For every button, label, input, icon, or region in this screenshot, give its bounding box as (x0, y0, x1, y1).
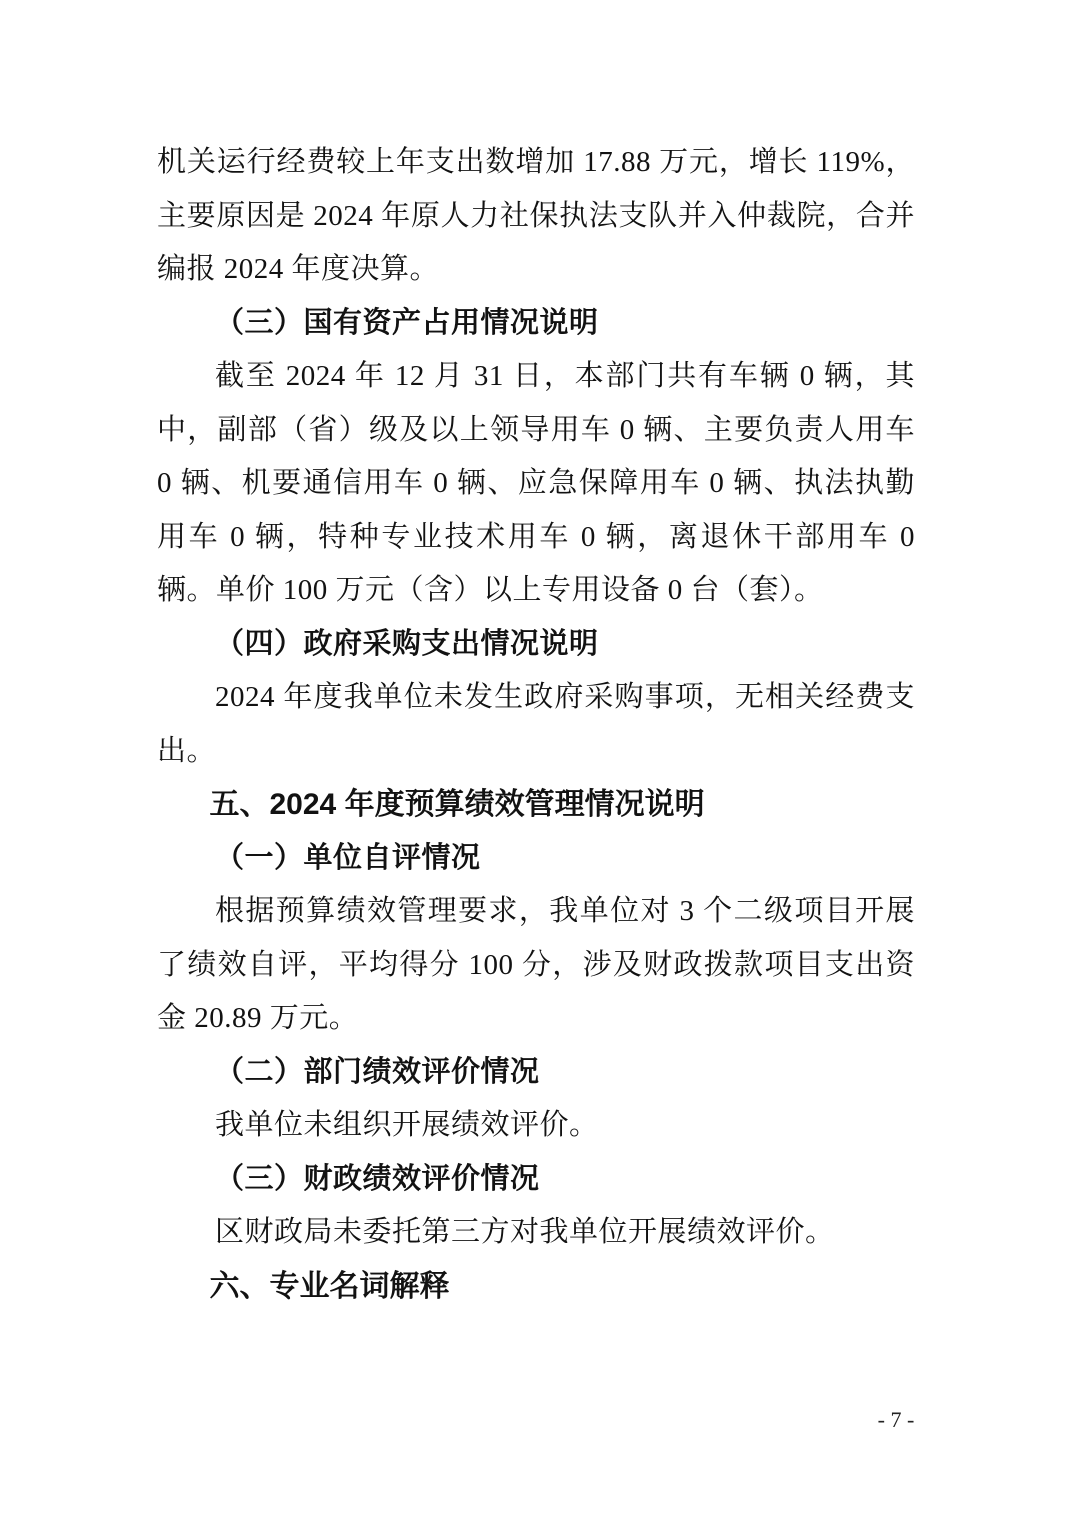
section-heading-budget-performance: 五、2024 年度预算绩效管理情况说明 (157, 778, 915, 832)
paragraph-self-evaluation-detail: 根据预算绩效管理要求，我单位对 3 个二级项目开展了绩效自评，平均得分 100 … (157, 885, 915, 1046)
paragraph-finance-evaluation-detail: 区财政局未委托第三方对我单位开展绩效评价。 (157, 1206, 915, 1260)
paragraph-department-evaluation-detail: 我单位未组织开展绩效评价。 (157, 1099, 915, 1153)
paragraph-government-procurement-detail: 2024 年度我单位未发生政府采购事项，无相关经费支出。 (157, 671, 915, 778)
subsection-heading-department-evaluation: （二）部门绩效评价情况 (157, 1046, 915, 1100)
page-number: - 7 - (866, 1405, 926, 1435)
subsection-heading-state-assets: （三）国有资产占用情况说明 (157, 297, 915, 351)
subsection-heading-government-procurement: （四）政府采购支出情况说明 (157, 618, 915, 672)
document-body: 机关运行经费较上年支出数增加 17.88 万元，增长 119%，主要原因是 20… (157, 136, 915, 1313)
subsection-heading-self-evaluation: （一）单位自评情况 (157, 832, 915, 886)
section-heading-terminology: 六、专业名词解释 (157, 1260, 915, 1314)
paragraph-state-assets-detail: 截至 2024 年 12 月 31 日，本部门共有车辆 0 辆，其中，副部（省）… (157, 350, 915, 618)
subsection-heading-finance-evaluation: （三）财政绩效评价情况 (157, 1153, 915, 1207)
document-page: 机关运行经费较上年支出数增加 17.88 万元，增长 119%，主要原因是 20… (0, 0, 1075, 1520)
paragraph-agency-operating-expenses: 机关运行经费较上年支出数增加 17.88 万元，增长 119%，主要原因是 20… (157, 136, 915, 297)
